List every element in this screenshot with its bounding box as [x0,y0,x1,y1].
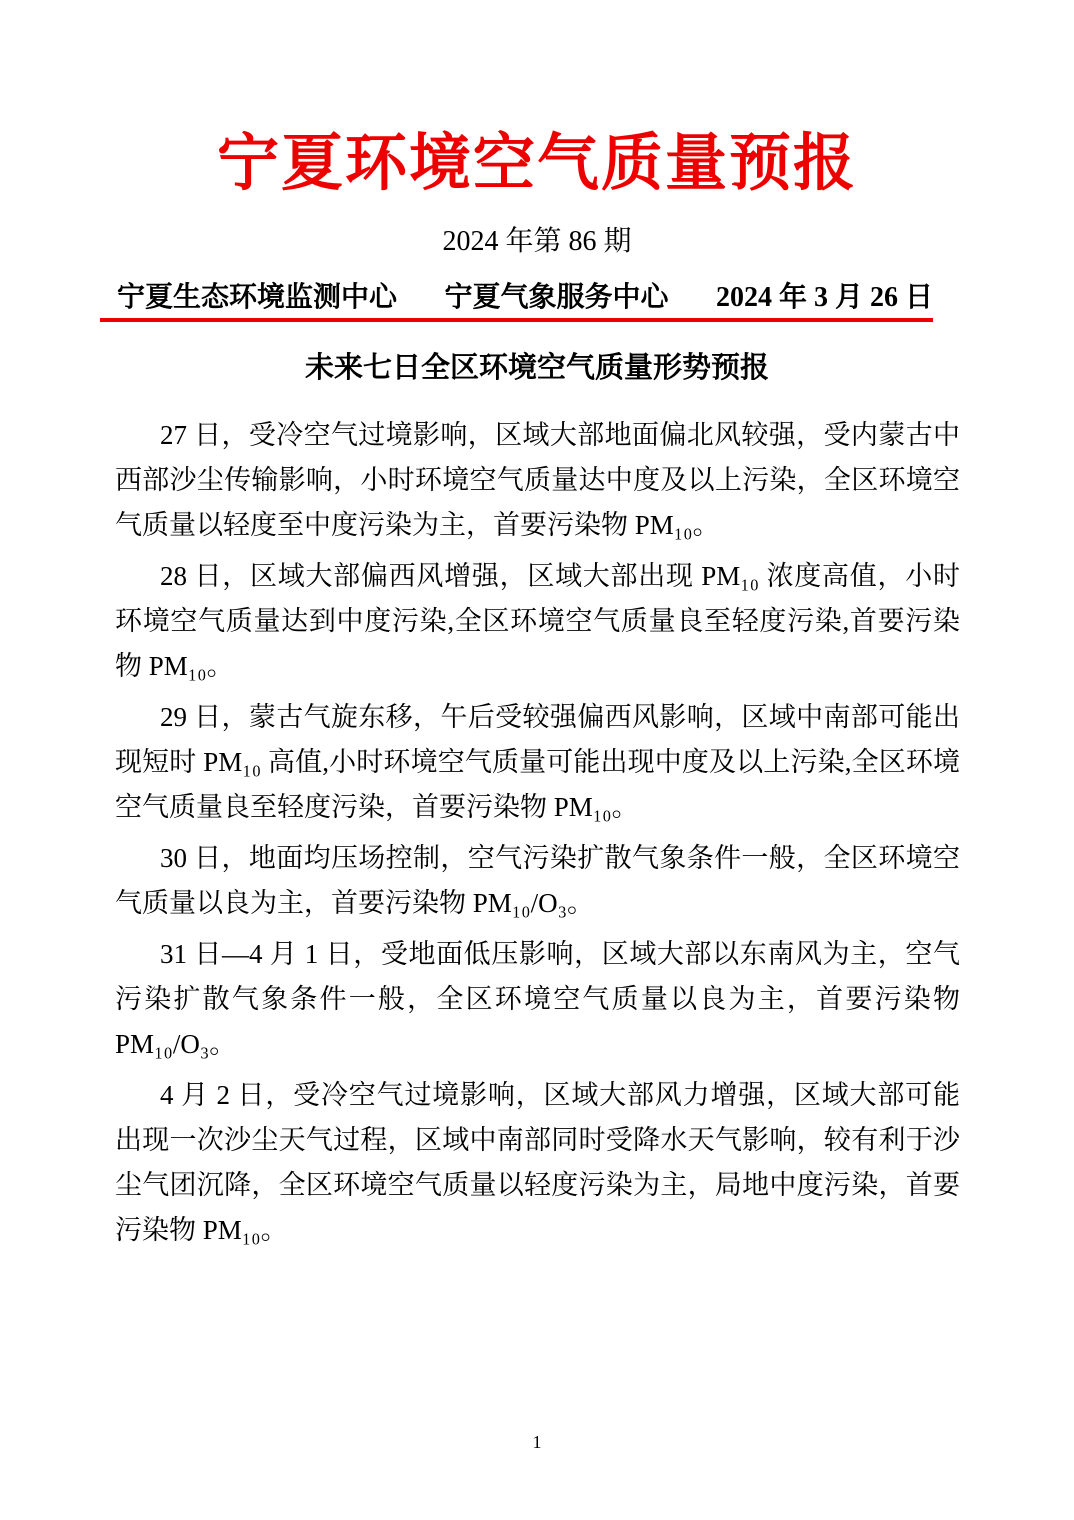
document-title: 宁夏环境空气质量预报 [0,120,1074,208]
org-name-center: 宁夏气象服务中心 [444,280,668,316]
masthead-row: 宁夏生态环境监测中心 宁夏气象服务中心 2024 年 3 月 26 日 [117,280,933,316]
red-divider-rule [100,318,933,322]
issue-date: 2024 年 3 月 26 日 [716,280,933,316]
forecast-paragraph-day31-apr1: 31 日—4 月 1 日，受地面低压影响，区域大部以东南风为主，空气污染扩散气象… [115,932,960,1067]
forecast-paragraph-day27: 27 日，受冷空气过境影响，区域大部地面偏北风较强，受内蒙古中西部沙尘传输影响，… [115,413,960,548]
issue-number: 2024 年第 86 期 [0,222,1074,262]
page-number: 1 [0,1430,1074,1454]
section-title: 未来七日全区环境空气质量形势预报 [0,348,1074,388]
forecast-paragraph-apr2: 4 月 2 日，受冷空气过境影响，区域大部风力增强，区域大部可能出现一次沙尘天气… [115,1073,960,1253]
org-name-left: 宁夏生态环境监测中心 [117,280,397,316]
forecast-paragraph-day29: 29 日，蒙古气旋东移，午后受较强偏西风影响，区域中南部可能出现短时 PM₁₀ … [115,695,960,830]
forecast-paragraph-day28: 28 日，区域大部偏西风增强，区域大部出现 PM₁₀ 浓度高值，小时环境空气质量… [115,554,960,689]
forecast-paragraph-day30: 30 日，地面均压场控制，空气污染扩散气象条件一般，全区环境空气质量以良为主，首… [115,836,960,926]
document-page: 宁夏环境空气质量预报 2024 年第 86 期 宁夏生态环境监测中心 宁夏气象服… [0,0,1074,1520]
forecast-body: 27 日，受冷空气过境影响，区域大部地面偏北风较强，受内蒙古中西部沙尘传输影响，… [115,413,960,1253]
